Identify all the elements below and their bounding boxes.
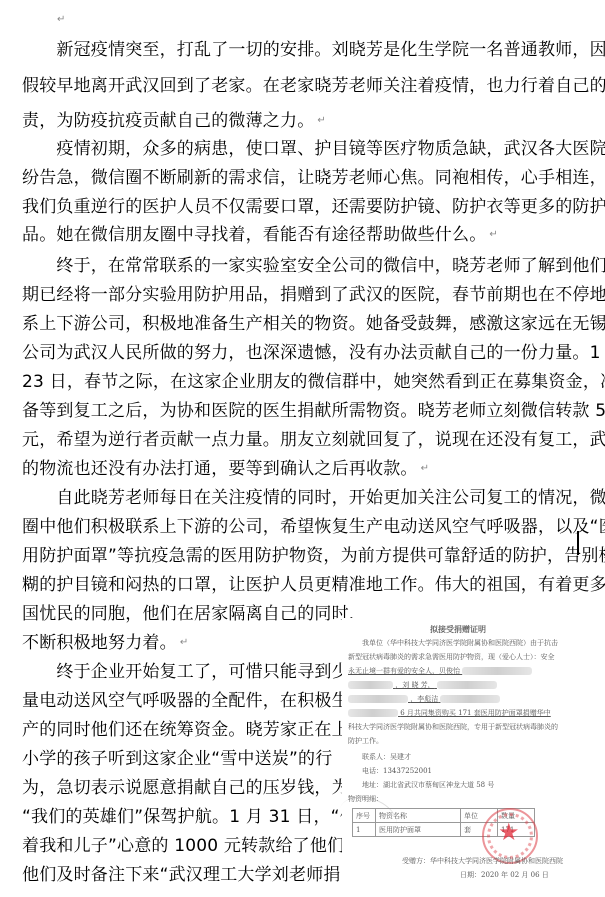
redacted-block [437, 681, 497, 689]
star-icon: ★ [498, 820, 520, 844]
text-line: 他们及时备注下来“武汉理工大学刘老师捐 [22, 865, 341, 885]
text: 不断积极地努力着。 [22, 633, 177, 653]
text: 永无止境一群有爱的安全人，贝俊怡 [348, 667, 460, 675]
text: 品。她在微信朋友圈中寻找着，看能否有途径帮助做些什么。 [22, 225, 486, 245]
paragraph-mark-icon: ↵ [317, 115, 326, 126]
text-line: 的物流也还没有办法打通，要等到确认之后再收款。↵ [22, 459, 429, 479]
text-line: 糊的护目镜和闷热的口罩，让医护人员更精准地工作。伟大的祖国，有着更多忧 [22, 575, 605, 595]
redacted-block [440, 695, 500, 703]
text-line: 系上下游公司，积极地准备生产相关的物资。她备受鼓舞，感激这家远在无锡的 [22, 314, 605, 334]
certificate-address: 地址：湖北省武汉市蔡甸区神龙大道 58 号 [362, 780, 494, 790]
certificate-line: 防护工作。 [348, 736, 383, 746]
certificate-line: 永无止境一群有爱的安全人，贝俊怡 [348, 666, 532, 676]
donation-certificate-image: 拟接受捐赠证明 我单位（华中科技大学同济医学院附属协和医院西院）由于抗击 新型冠… [342, 618, 582, 888]
text: 责，为防疫抗疫贡献自己的微薄之力。 [22, 111, 314, 131]
certificate-recipient: 受赠方：华中科技大学同济医学院附属协和医院西院 [402, 856, 563, 866]
text-line: “我们的英雄们”保驾护航。1 月 31 日，“代表 [22, 807, 374, 827]
redacted-block [348, 709, 398, 717]
text-line: 自此晓芳老师每日在关注疫情的同时，开始更加关注公司复工的情况，微信 [22, 488, 605, 508]
text-line: 量电动送风空气呼吸器的全配件，在积极生 [22, 691, 349, 711]
text-line: 产的同时他们还在统筹资金。晓芳家正在上 [22, 720, 349, 740]
text: 的物流也还没有办法打通，要等到确认之后再收款。 [22, 459, 418, 479]
text-line: 圈中他们积极联系上下游的公司，希望恢复生产电动送风空气呼吸器，以及“医 [22, 517, 605, 537]
certificate-line: 新型冠状病毒肺炎的需求急需医用防护物资，现（爱心人士）：安全 [348, 652, 555, 662]
certificate-line: 6 月共同集资购买 171 套医用防护面罩捐赠华中 [348, 708, 551, 718]
text-line: 着我和儿子”心意的 1000 元转款给了他们， [22, 836, 361, 856]
table-header: 序号 [353, 809, 376, 823]
text-line: 疫情初期，众多的病患，使口罩、护目镜等医疗物质急缺，武汉各大医院纷 [22, 139, 605, 159]
table-cell: 1 [353, 823, 376, 837]
text-line: 元，希望为逆行者贡献一点力量。朋友立刻就回复了，说现在还没有复工，武汉 [22, 430, 605, 450]
certificate-phone: 电话：13437252001 [362, 766, 432, 776]
certificate-line: 科技大学同济医学院附属协和医院西院，专用于新型冠状病毒肺炎的 [348, 722, 558, 732]
text-line: 为，急切表示说愿意捐献自己的压岁钱，为 [22, 778, 349, 798]
certificate-contact: 联系人：吴建才 [362, 752, 411, 762]
text-line: 纷告急，微信圈不断刷新的需求信，让晓芳老师心焦。同袍相传，心手相连，为 [22, 168, 605, 188]
text: ，刘 晓 芳， [395, 681, 434, 689]
certificate-items-label: 物资明细： [348, 794, 383, 804]
text-line: 用防护面罩”等抗疫急需的医用防护物资，为前方提供可靠舒适的防护，告别模 [22, 546, 605, 566]
certificate-line: ，刘 晓 芳， [348, 680, 497, 690]
text: ，李彪洁 [410, 695, 438, 703]
text-line: 假较早地离开武汉回到了老家。在老家晓芳老师关注着疫情，也力行着自己的职 [22, 76, 605, 96]
text-line: 终于企业开始复工了，可惜只能寻到少 [22, 662, 349, 682]
paragraph-mark-icon: ↵ [57, 14, 65, 25]
text-line: 终于，在常常联系的一家实验室安全公司的微信中，晓芳老师了解到他们前 [22, 256, 605, 276]
paragraph-mark-icon: ↵ [421, 463, 430, 474]
table-header: 物资名称 [376, 809, 461, 823]
redacted-block [462, 667, 532, 675]
document-page: ↵ 新冠疫情突至，打乱了一切的安排。刘晓芳是化生学院一名普通教师，因放 假较早地… [0, 0, 605, 897]
text-line: 23 日，春节之际，在这家企业朋友的微信群中，她突然看到正在募集资金，准 [22, 372, 605, 392]
paragraph-mark-icon: ↵ [489, 229, 498, 240]
redacted-block [348, 681, 393, 689]
redacted-block [348, 695, 408, 703]
text-line: 不断积极地努力着。↵ [22, 633, 188, 653]
text-line: 责，为防疫抗疫贡献自己的微薄之力。↵ [22, 111, 326, 131]
text-line: 新冠疫情突至，打乱了一切的安排。刘晓芳是化生学院一名普通教师，因放 [22, 40, 605, 60]
text-line: 期已经将一部分实验用防护用品，捐赠到了武汉的医院，春节前期也在不停地联 [22, 285, 605, 305]
text-cursor [577, 531, 579, 555]
text-line: 我们负重逆行的医护人员不仅需要口罩，还需要防护镜、防护衣等更多的防护用 [22, 197, 605, 217]
certificate-line: 我单位（华中科技大学同济医学院附属协和医院西院）由于抗击 [348, 638, 558, 648]
text-line: 备等到复工之后，为协和医院的医生捐献所需物资。晓芳老师立刻微信转款 500 [22, 401, 605, 421]
text-line: 品。她在微信朋友圈中寻找着，看能否有途径帮助做些什么。↵ [22, 225, 498, 245]
paragraph-mark-icon: ↵ [180, 637, 189, 648]
table-cell: 医用防护面罩 [376, 823, 461, 837]
certificate-title: 拟接受捐赠证明 [430, 624, 486, 635]
text-line: 国忧民的同胞，他们在居家隔离自己的同时， [22, 604, 366, 624]
text: 6 月共同集资购买 171 套医用防护面罩捐赠华中 [400, 709, 551, 717]
certificate-line: ，李彪洁 [348, 694, 500, 704]
text-line: 公司为武汉人民所做的努力，也深深遗憾，没有办法贡献自己的一份力量。1 月 [22, 343, 605, 363]
certificate-date: 日期：2020 年 02 月 06 日 [460, 870, 549, 880]
text-line: 小学的孩子听到这家企业“雪中送炭”的行 [22, 749, 332, 769]
